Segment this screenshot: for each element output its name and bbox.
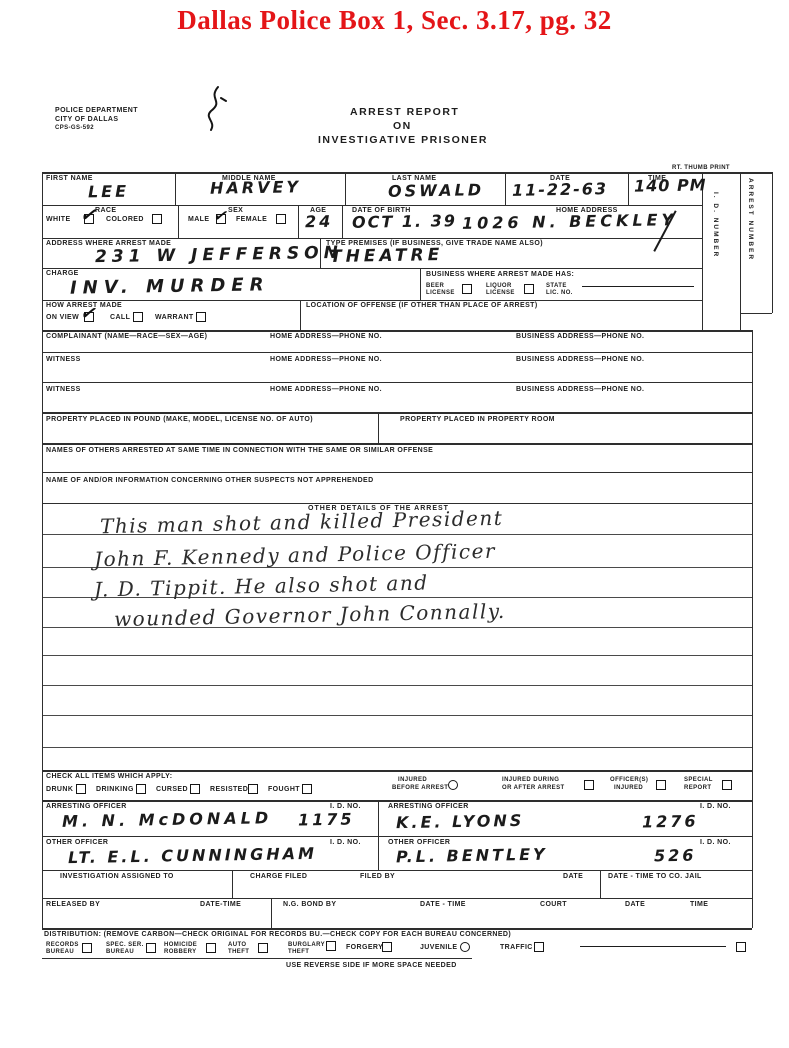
- traffic-checkbox: [534, 942, 544, 952]
- forgery-checkbox: [382, 942, 392, 952]
- state-license-label-2: LIC. NO.: [546, 289, 573, 297]
- reverse-side-note: USE REVERSE SIDE IF MORE SPACE NEEDED: [286, 962, 457, 970]
- arrest-date-value: 11-22-63: [512, 179, 608, 200]
- special-report-checkbox: [722, 780, 732, 790]
- forgery-label: FORGERY: [346, 944, 383, 952]
- beer-license-label-2: LICENSE: [426, 289, 455, 297]
- arresting-officer1-id-value: 1175: [298, 810, 355, 830]
- cursed-label: CURSED: [156, 786, 188, 794]
- charge-value: INV. MURDER: [70, 274, 270, 298]
- divider: [175, 172, 176, 205]
- id-no-label: I. D. NO.: [700, 839, 731, 847]
- complainant-label: COMPLAINANT (NAME—RACE—SEX—AGE): [46, 333, 207, 341]
- juvenile-label: JUVENILE: [420, 944, 457, 952]
- fought-checkbox: [302, 784, 312, 794]
- dob-value: OCT 1. 39: [352, 211, 457, 232]
- burglary-theft-label-2: THEFT: [288, 948, 309, 956]
- border-right: [752, 330, 753, 928]
- bond-by-label: N.G. BOND BY: [283, 901, 336, 909]
- agency-line1: POLICE DEPARTMENT: [55, 106, 138, 115]
- divider: [42, 412, 752, 414]
- race-white-label: WHITE: [46, 216, 71, 224]
- homicide-robbery-label-2: ROBBERY: [164, 948, 197, 956]
- court-label: COURT: [540, 901, 567, 909]
- special-report-label-1: SPECIAL: [684, 776, 713, 784]
- middle-name-value: HARVEY: [210, 177, 301, 198]
- form-title-line1: ARREST REPORT: [350, 108, 459, 116]
- beer-license-checkbox: [462, 284, 472, 294]
- drunk-label: DRUNK: [46, 786, 73, 794]
- first-name-label: FIRST NAME: [46, 175, 93, 183]
- divider: [345, 172, 346, 205]
- divider: [300, 300, 301, 330]
- thumb-print-label: RT. THUMB PRINT: [672, 164, 730, 172]
- burglary-theft-checkbox: [326, 941, 336, 951]
- divider: [42, 770, 752, 772]
- spec-ser-bureau-checkbox: [146, 943, 156, 953]
- on-view-label: ON VIEW: [46, 314, 79, 322]
- date-time-to-jail-label: DATE - TIME TO CO. JAIL: [608, 873, 702, 881]
- resisted-checkbox: [248, 784, 258, 794]
- race-white-checkmark: [79, 203, 97, 227]
- others-arrested-label: NAMES OF OTHERS ARRESTED AT SAME TIME IN…: [46, 447, 433, 455]
- injured-before-label-2: BEFORE ARREST: [392, 784, 448, 792]
- divider: [378, 800, 379, 870]
- agency-name: POLICE DEPARTMENT CITY OF DALLAS CPS-GS-…: [55, 106, 138, 133]
- property-room-label: PROPERTY PLACED IN PROPERTY ROOM: [400, 416, 555, 424]
- premises-value: THEATRE: [330, 245, 444, 267]
- writing-line: [42, 747, 752, 748]
- form-title-line2: ON: [393, 122, 412, 130]
- divider: [702, 172, 703, 330]
- warrant-checkbox: [196, 312, 206, 322]
- witness1-label: WITNESS: [46, 356, 81, 364]
- writing-line: [42, 685, 752, 686]
- business-phone-label: BUSINESS ADDRESS—PHONE NO.: [516, 386, 644, 394]
- writing-line: [42, 715, 752, 716]
- border-left: [42, 172, 43, 928]
- other-officer2-id-value: 526: [654, 846, 697, 866]
- home-address-value: 1026 N. BECKLEY: [462, 210, 677, 233]
- id-no-label: I. D. NO.: [700, 803, 731, 811]
- distribution-blank: [580, 946, 726, 947]
- injured-during-label-2: OR AFTER ARREST: [502, 784, 565, 792]
- divider: [420, 268, 421, 300]
- juvenile-checkbox: [460, 942, 470, 952]
- arresting-officer-label: ARRESTING OFFICER: [46, 803, 127, 811]
- liquor-license-checkbox: [524, 284, 534, 294]
- divider: [42, 898, 752, 899]
- location-of-offense-label: LOCATION OF OFFENSE (IF OTHER THAN PLACE…: [306, 302, 538, 310]
- divider: [42, 870, 752, 871]
- resisted-label: RESISTED: [210, 786, 248, 794]
- time-label: TIME: [690, 901, 708, 909]
- call-label: CALL: [110, 314, 130, 322]
- drunk-checkbox: [76, 784, 86, 794]
- officers-injured-checkbox: [656, 780, 666, 790]
- check-items-label: CHECK ALL ITEMS WHICH APPLY:: [46, 773, 172, 781]
- auto-theft-checkbox: [258, 943, 268, 953]
- arresting-officer-label: ARRESTING OFFICER: [388, 803, 469, 811]
- age-value: 24: [305, 212, 334, 231]
- date-label: DATE: [563, 873, 583, 881]
- divider: [42, 172, 772, 174]
- business-phone-label: BUSINESS ADDRESS—PHONE NO.: [516, 333, 644, 341]
- first-name-value: LEE: [88, 182, 129, 202]
- divider: [42, 268, 702, 269]
- arrest-number-strip-label: ARREST NUMBER: [747, 178, 754, 303]
- arresting-officer2-id-value: 1276: [642, 812, 699, 832]
- last-name-value: OSWALD: [388, 180, 484, 201]
- arresting-officer2-value: K.E. LYONS: [396, 811, 525, 832]
- other-suspects-label: NAME OF AND/OR INFORMATION CONCERNING OT…: [46, 477, 374, 485]
- handwritten-mark: [196, 84, 232, 134]
- divider: [42, 472, 752, 473]
- scanned-arrest-report-page: Dallas Police Box 1, Sec. 3.17, pg. 32 P…: [0, 0, 789, 1048]
- divider: [232, 870, 233, 898]
- race-label: RACE: [95, 207, 116, 215]
- sex-female-checkbox: [276, 214, 286, 224]
- sex-male-label: MALE: [188, 216, 209, 224]
- cursed-checkbox: [190, 784, 200, 794]
- witness2-label: WITNESS: [46, 386, 81, 394]
- divider: [42, 352, 752, 353]
- filed-by-label: FILED BY: [360, 873, 395, 881]
- drinking-label: DRINKING: [96, 786, 134, 794]
- id-no-label: I. D. NO.: [330, 839, 361, 847]
- arrest-address-value: 231 W JEFFERSON: [95, 243, 343, 267]
- auto-theft-label-2: THEFT: [228, 948, 249, 956]
- race-colored-checkbox: [152, 214, 162, 224]
- divider: [42, 836, 752, 837]
- business-license-label: BUSINESS WHERE ARREST MADE HAS:: [426, 271, 574, 279]
- investigation-assigned-label: INVESTIGATION ASSIGNED TO: [60, 873, 174, 881]
- liquor-license-label-2: LICENSE: [486, 289, 515, 297]
- drinking-checkbox: [136, 784, 146, 794]
- race-colored-label: COLORED: [106, 216, 144, 224]
- writing-line: [42, 655, 752, 656]
- other-bureau-checkbox: [736, 942, 746, 952]
- injured-during-checkbox: [584, 780, 594, 790]
- records-bureau-label-2: BUREAU: [46, 948, 74, 956]
- other-officer-label: OTHER OFFICER: [46, 839, 108, 847]
- arrest-time-value: 140 PM: [634, 175, 707, 195]
- spec-ser-bureau-label-2: BUREAU: [106, 948, 134, 956]
- divider: [505, 172, 506, 205]
- divider: [42, 800, 752, 802]
- sex-male-checkmark: [212, 205, 227, 225]
- call-checkbox: [133, 312, 143, 322]
- divider: [740, 172, 741, 330]
- fought-label: FOUGHT: [268, 786, 300, 794]
- divider: [628, 172, 629, 205]
- property-pound-label: PROPERTY PLACED IN POUND (MAKE, MODEL, L…: [46, 416, 313, 424]
- special-report-label-2: REPORT: [684, 784, 711, 792]
- officers-injured-label-2: INJURED: [614, 784, 643, 792]
- officers-injured-label-1: OFFICER(S): [610, 776, 648, 784]
- released-by-label: RELEASED BY: [46, 901, 100, 909]
- sex-label: SEX: [228, 207, 243, 215]
- agency-line2: CITY OF DALLAS: [55, 115, 138, 124]
- divider: [740, 313, 772, 314]
- distribution-label: DISTRIBUTION: (REMOVE CARBON—CHECK ORIGI…: [44, 931, 511, 939]
- page-title: Dallas Police Box 1, Sec. 3.17, pg. 32: [0, 5, 789, 36]
- form-number: CPS-GS-592: [55, 124, 138, 133]
- homicide-robbery-checkbox: [206, 943, 216, 953]
- business-phone-label: BUSINESS ADDRESS—PHONE NO.: [516, 356, 644, 364]
- divider: [178, 205, 179, 238]
- divider: [42, 300, 702, 301]
- warrant-label: WARRANT: [155, 314, 194, 322]
- injured-before-label-1: INJURED: [398, 776, 427, 784]
- injured-before-checkbox: [448, 780, 458, 790]
- home-phone-label: HOME ADDRESS—PHONE NO.: [270, 333, 382, 341]
- divider: [42, 958, 472, 959]
- arresting-officer1-value: M. N. McDONALD: [62, 808, 272, 831]
- divider: [42, 443, 752, 445]
- divider: [42, 330, 752, 332]
- date-label: DATE: [625, 901, 645, 909]
- state-license-blank: [582, 286, 694, 287]
- sex-female-label: FEMALE: [236, 216, 267, 224]
- divider: [42, 503, 752, 504]
- divider: [42, 205, 702, 206]
- divider: [600, 870, 601, 898]
- charge-filed-label: CHARGE FILED: [250, 873, 307, 881]
- divider: [42, 238, 702, 239]
- divider: [342, 205, 343, 238]
- traffic-label: TRAFFIC: [500, 944, 533, 952]
- divider: [42, 928, 752, 930]
- bond-date-time-label: DATE - TIME: [420, 901, 466, 909]
- divider: [298, 205, 299, 238]
- divider: [378, 412, 379, 443]
- form-title-line3: INVESTIGATIVE PRISONER: [318, 136, 488, 144]
- on-view-checkmark: [79, 302, 96, 324]
- home-phone-label: HOME ADDRESS—PHONE NO.: [270, 356, 382, 364]
- home-phone-label: HOME ADDRESS—PHONE NO.: [270, 386, 382, 394]
- id-number-strip-label: I. D. NUMBER: [712, 192, 719, 312]
- injured-during-label-1: INJURED DURING: [502, 776, 559, 784]
- date-time-label: DATE-TIME: [200, 901, 241, 909]
- divider: [271, 898, 272, 928]
- records-bureau-checkbox: [82, 943, 92, 953]
- other-officer1-value: LT. E.L. CUNNINGHAM: [68, 844, 317, 867]
- divider: [772, 172, 773, 313]
- divider: [42, 382, 752, 383]
- other-officer2-value: P.L. BENTLEY: [396, 845, 548, 867]
